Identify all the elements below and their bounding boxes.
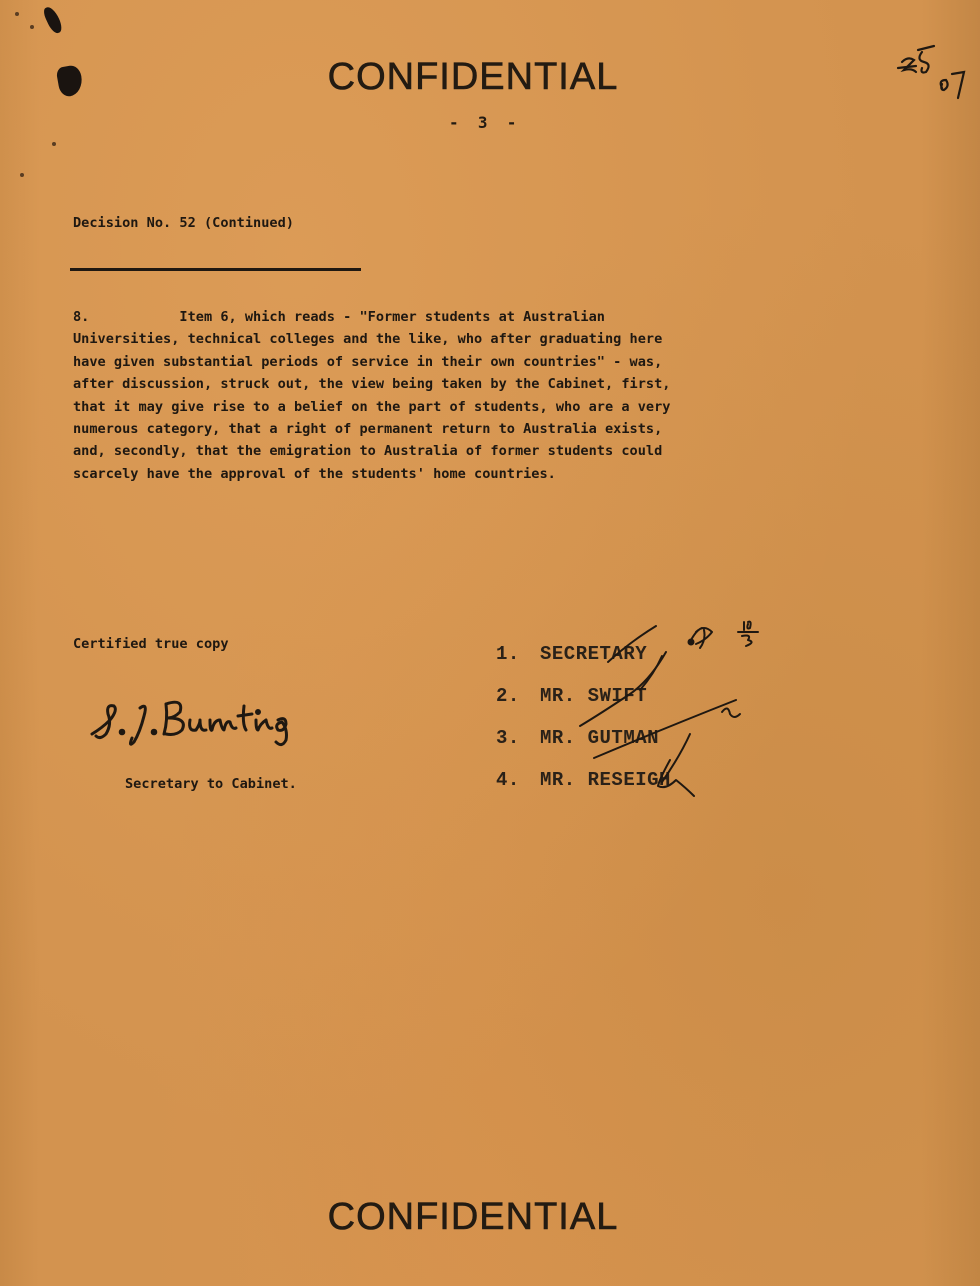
distribution-item: 2. MR. SWIFT xyxy=(496,675,671,717)
signatory-title: Secretary to Cabinet. xyxy=(125,776,297,792)
distribution-number: 3. xyxy=(496,727,540,749)
paragraph-line: that it may give rise to a belief on the… xyxy=(73,396,670,418)
paper-speck xyxy=(15,12,19,16)
certified-label: Certified true copy xyxy=(73,636,229,652)
distribution-number: 4. xyxy=(496,769,540,791)
distribution-item: 4. MR. RESEIGH xyxy=(496,759,671,801)
paper-damage-mark xyxy=(42,5,65,35)
document-page: CONFIDENTIAL - 3 - Decision No. 52 (Cont… xyxy=(0,0,980,1286)
classification-header: CONFIDENTIAL xyxy=(0,56,963,99)
paragraph-line: scarcely have the approval of the studen… xyxy=(73,463,670,485)
distribution-item: 1. SECRETARY xyxy=(496,633,671,675)
distribution-number: 2. xyxy=(496,685,540,707)
distribution-item: 3. MR. GUTMAN xyxy=(496,717,671,759)
paragraph-line: after discussion, struck out, the view b… xyxy=(73,373,670,395)
folio-number-handwritten xyxy=(894,40,974,100)
signature-bunting xyxy=(88,690,328,750)
distribution-number: 1. xyxy=(496,643,540,665)
page-number: - 3 - xyxy=(449,113,516,132)
heading-underline xyxy=(70,268,361,271)
paragraph-line: 8. Item 6, which reads - "Former student… xyxy=(73,306,670,328)
paragraph-8: 8. Item 6, which reads - "Former student… xyxy=(73,306,670,485)
paragraph-line: have given substantial periods of servic… xyxy=(73,351,670,373)
distribution-recipient: MR. RESEIGH xyxy=(540,769,671,791)
distribution-recipient: MR. GUTMAN xyxy=(540,727,659,749)
paper-speck xyxy=(30,25,34,29)
paragraph-line: Universities, technical colleges and the… xyxy=(73,328,670,350)
paper-speck xyxy=(52,142,56,146)
distribution-recipient: MR. SWIFT xyxy=(540,685,647,707)
distribution-list: 1. SECRETARY 2. MR. SWIFT 3. MR. GUTMAN … xyxy=(496,633,671,801)
paper-speck xyxy=(20,173,24,177)
decision-heading: Decision No. 52 (Continued) xyxy=(73,215,294,231)
paragraph-line: and, secondly, that the emigration to Au… xyxy=(73,440,670,462)
distribution-recipient: SECRETARY xyxy=(540,643,647,665)
classification-footer: CONFIDENTIAL xyxy=(0,1196,963,1239)
paragraph-line: numerous category, that a right of perma… xyxy=(73,418,670,440)
